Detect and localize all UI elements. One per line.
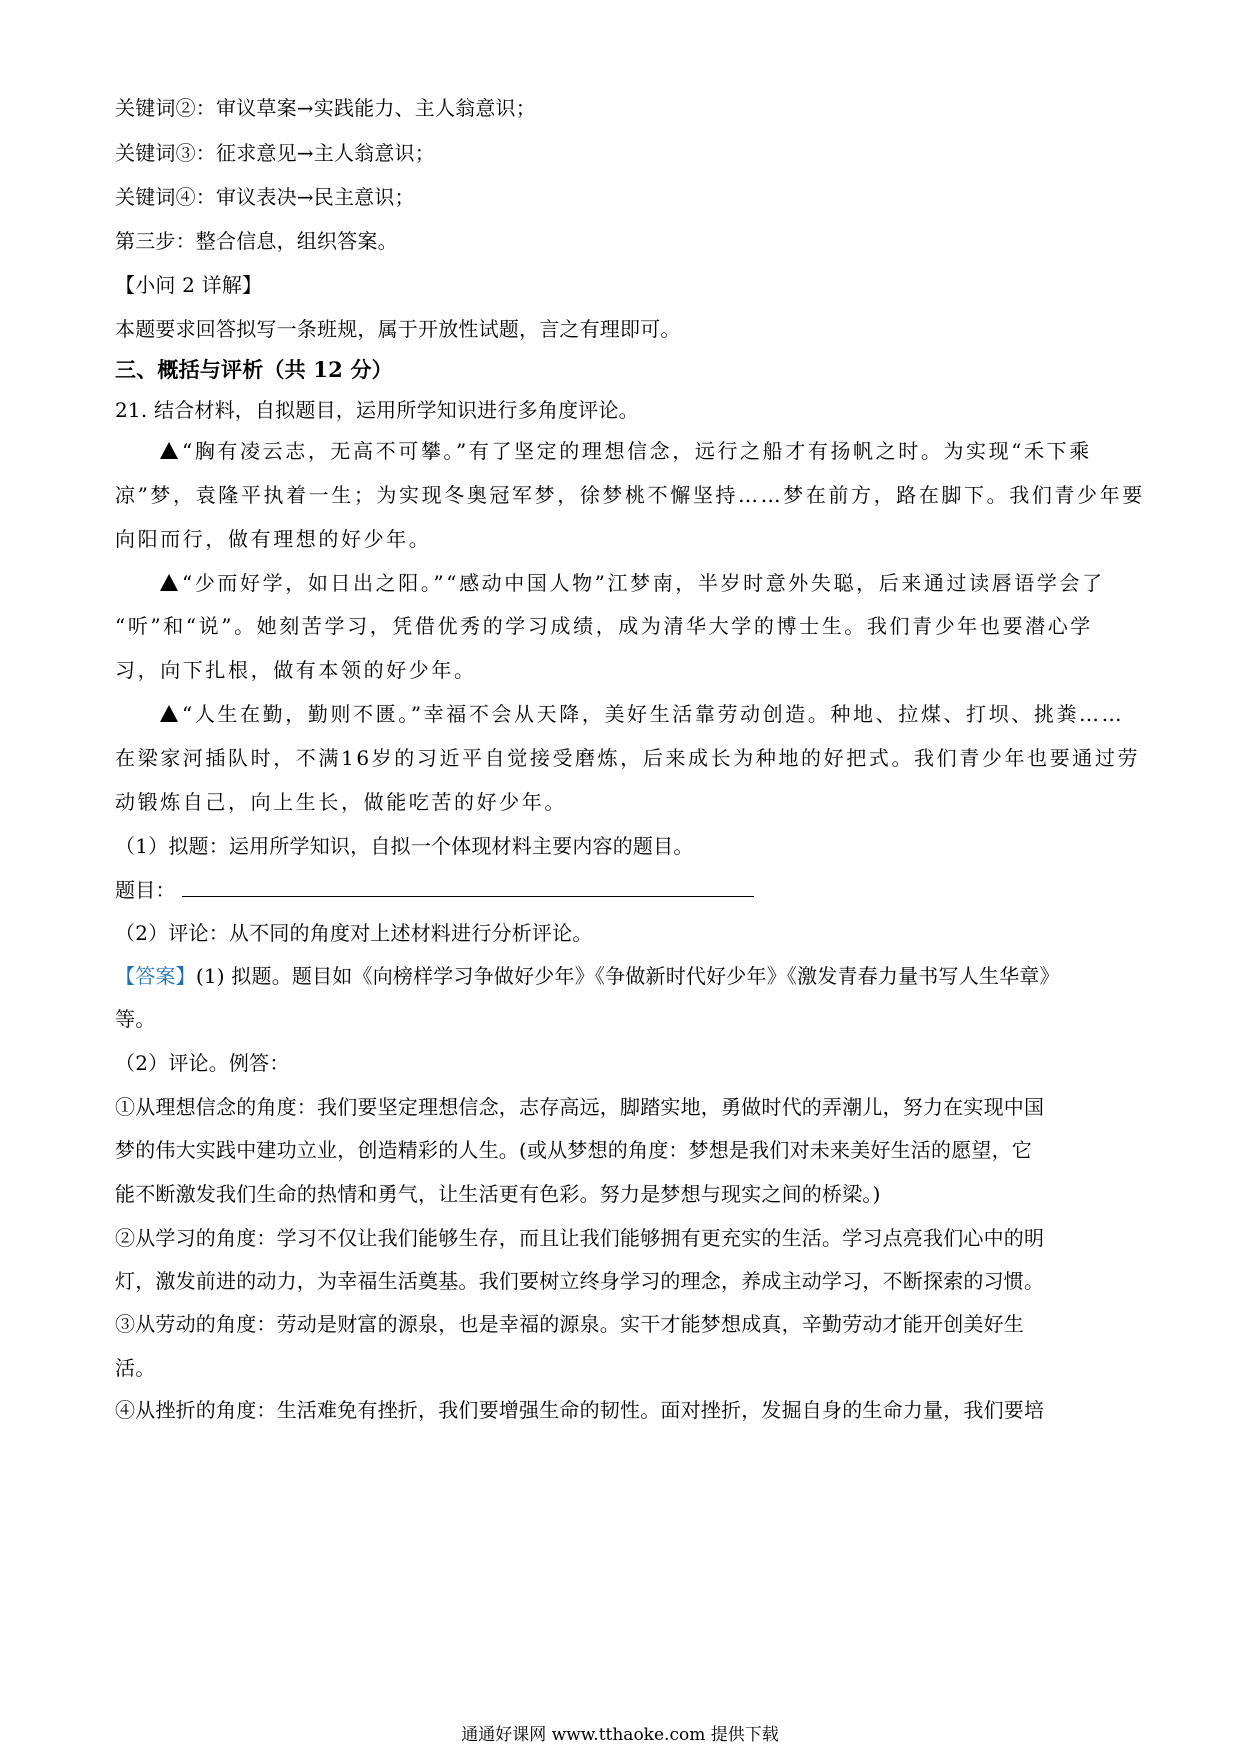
answer-point-1-line-1: ①从理想信念的角度：我们要坚定理想信念，志存高远，脚踏实地，勇做时代的弄潮儿，努… xyxy=(115,1094,1044,1120)
title-answer-blank xyxy=(182,876,754,897)
page-footer: 通通好课网 www.tthaoke.com 提供下载 xyxy=(0,1724,1240,1746)
material-1-line-3: 向阳而行，做有理想的好少年。 xyxy=(115,526,431,552)
material-2-line-1: “少而好学，如日出之阳。”“感动中国人物”江梦南，半岁时意外失聪，后来通过读唇语… xyxy=(160,570,1105,596)
answer-point-1-line-2: 梦的伟大实践中建功立业，创造精彩的人生。(或从梦想的角度：梦想是我们对未来美好生… xyxy=(115,1137,1032,1163)
material-2-text-1: “少而好学，如日出之阳。”“感动中国人物”江梦南，半岁时意外失聪，后来通过读唇语… xyxy=(182,571,1105,595)
answer-point-2-line-1: ②从学习的角度：学习不仅让我们能够生存，而且让我们能够拥有更充实的生活。学习点亮… xyxy=(115,1225,1044,1251)
material-1-text-1: “胸有凌云志，无高不可攀。”有了坚定的理想信念，远行之船才有扬帆之时。为实现“禾… xyxy=(182,439,1092,463)
keyword-4-line: 关键词④：审议表决→民主意识； xyxy=(115,184,415,210)
title-label: 题目： xyxy=(115,878,176,902)
material-1-line-2: 凉”梦，袁隆平执着一生；为实现冬奥冠军梦，徐梦桃不懈坚持……梦在前方，路在脚下。… xyxy=(115,482,1145,508)
answer-point-3-line-1: ③从劳动的角度：劳动是财富的源泉，也是幸福的源泉。实干才能梦想成真，辛勤劳动才能… xyxy=(115,1311,1024,1337)
black-triangle-icon xyxy=(160,442,178,459)
section-3-heading: 三、概括与评析（共 12 分） xyxy=(115,357,393,383)
sub-question-2-explanation: 本题要求回答拟写一条班规，属于开放性试题，言之有理即可。 xyxy=(115,316,681,342)
answer-point-3-line-2: 活。 xyxy=(115,1355,155,1381)
keyword-3-line: 关键词③：征求意见→主人翁意识； xyxy=(115,140,435,166)
material-1-line-1: “胸有凌云志，无高不可攀。”有了坚定的理想信念，远行之船才有扬帆之时。为实现“禾… xyxy=(160,438,1092,464)
black-triangle-icon xyxy=(160,705,178,722)
document-page: 关键词②：审议草案→实践能力、主人翁意识； 关键词③：征求意见→主人翁意识； 关… xyxy=(0,0,1240,1754)
answer-point-4-line-1: ④从挫折的角度：生活难免有挫折，我们要增强生命的韧性。面对挫折，发掘自身的生命力… xyxy=(115,1397,1044,1423)
part-2-prompt: （2）评论：从不同的角度对上述材料进行分析评论。 xyxy=(115,920,593,946)
answer-part-1-line-1: 【答案】(1) 拟题。题目如《向榜样学习争做好少年》《争做新时代好少年》《激发青… xyxy=(115,963,1060,989)
sub-question-2-title: 【小问 2 详解】 xyxy=(115,272,262,298)
answer-point-2-line-2: 灯，激发前进的动力，为幸福生活奠基。我们要树立终身学习的理念，养成主动学习，不断… xyxy=(115,1268,1044,1294)
question-21-stem: 21. 结合材料，自拟题目，运用所学知识进行多角度评论。 xyxy=(115,397,639,423)
material-3-line-3: 动锻炼自己，向上生长，做能吃苦的好少年。 xyxy=(115,789,567,815)
material-3-line-2: 在梁家河插队时，不满16岁的习近平自觉接受磨炼，后来成长为种地的好把式。我们青少… xyxy=(115,745,1140,771)
answer-part-1-line-2: 等。 xyxy=(115,1006,155,1032)
material-2-line-3: 习，向下扎根，做有本领的好少年。 xyxy=(115,657,477,683)
answer-part-2-intro: （2）评论。例答： xyxy=(115,1050,290,1076)
answer-tag: 【答案】 xyxy=(115,964,196,988)
material-3-text-1: “人生在勤，勤则不匮。”幸福不会从天降，美好生活靠劳动创造。种地、拉煤、打坝、挑… xyxy=(182,702,1124,726)
answer-point-1-line-3: 能不断激发我们生命的热情和勇气，让生活更有色彩。努力是梦想与现实之间的桥梁。) xyxy=(115,1181,881,1207)
title-answer-row: 题目： xyxy=(115,876,754,903)
part-1-prompt: （1）拟题：运用所学知识，自拟一个体现材料主要内容的题目。 xyxy=(115,833,694,859)
answer-part-1-text: (1) 拟题。题目如《向榜样学习争做好少年》《争做新时代好少年》《激发青春力量书… xyxy=(196,964,1060,988)
keyword-2-line: 关键词②：审议草案→实践能力、主人翁意识； xyxy=(115,95,536,121)
step3-line: 第三步：整合信息，组织答案。 xyxy=(115,228,398,254)
material-2-line-2: “听”和“说”。她刻苦学习，凭借优秀的学习成绩，成为清华大学的博士生。我们青少年… xyxy=(115,613,1093,639)
material-3-line-1: “人生在勤，勤则不匮。”幸福不会从天降，美好生活靠劳动创造。种地、拉煤、打坝、挑… xyxy=(160,701,1124,727)
black-triangle-icon xyxy=(160,574,178,591)
